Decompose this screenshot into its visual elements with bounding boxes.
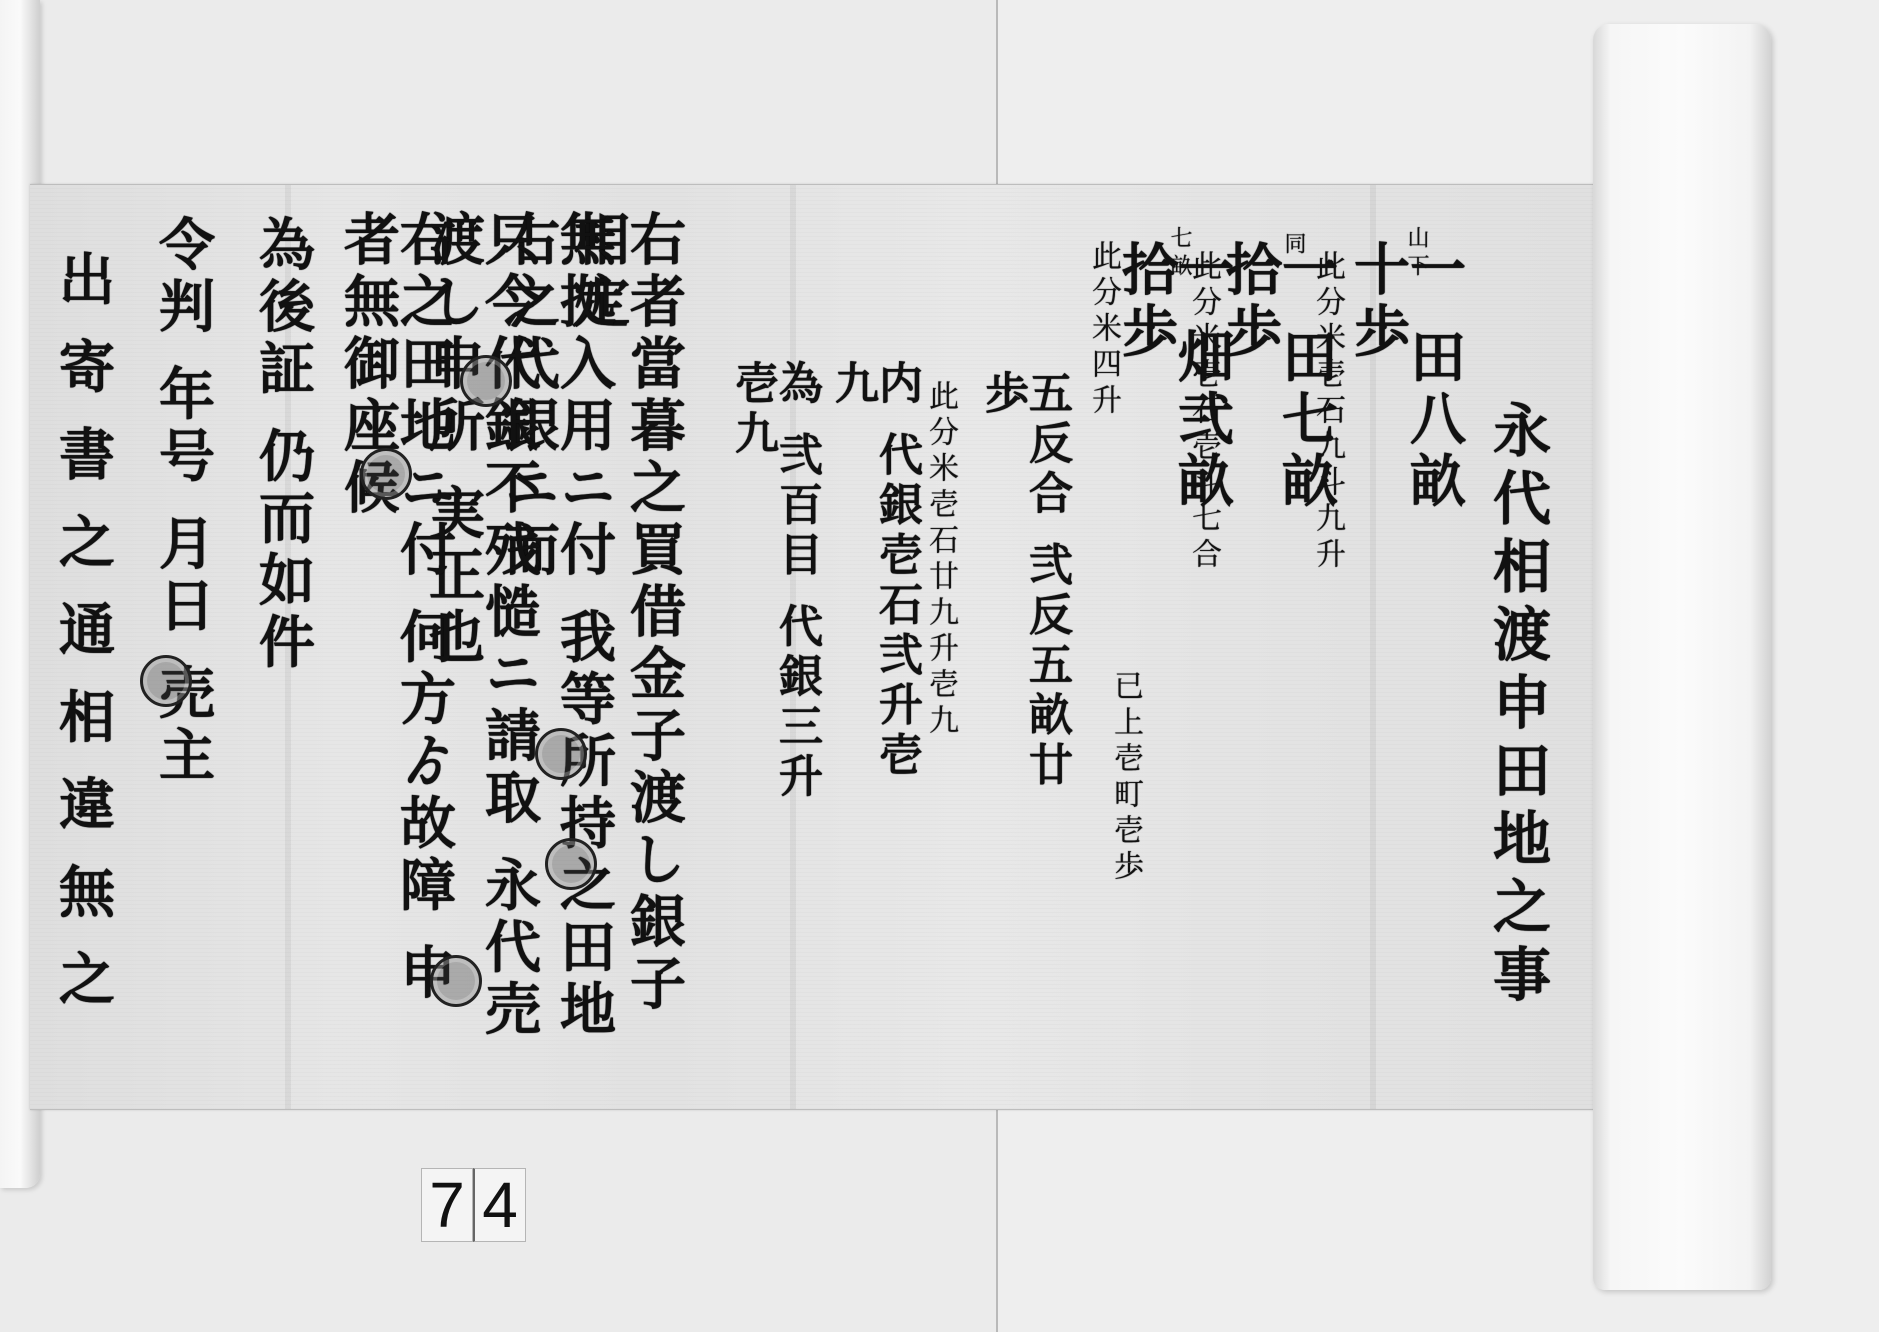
seal-stamp (545, 838, 597, 890)
frame-number-digit: 7 (421, 1168, 473, 1242)
deduction-line: 内 代銀壱石弐升壱九 (830, 360, 918, 820)
document-title: 永代相渡申田地之事 (1488, 400, 1546, 1040)
body-line-5: 為後証 仍而如件 (255, 215, 311, 1045)
frame-number-tag: 7 4 (421, 1168, 526, 1242)
body-line-6: 令判 年号 月日 売主 (155, 215, 211, 1045)
frame-number-digit: 4 (473, 1168, 526, 1242)
seal-stamp (430, 955, 482, 1007)
seal-stamp (460, 355, 512, 407)
seal-stamp (535, 728, 587, 780)
item3-sub: 此分米四升 (1088, 240, 1118, 560)
seal-stamp (360, 448, 412, 500)
body-line-4: 右之田地ニ付 何方ゟ故障 申者無御座候 (340, 210, 452, 1050)
body-line-7: 出 寄 書 之 通 相 違 無 之 (55, 250, 111, 1050)
item3-line: 一 畑弐畝拾歩 (1118, 240, 1230, 520)
total-sub: 此分米壱石廿九升壱九 (925, 380, 955, 820)
remainder-line: 為 弐百目 代銀三升壱九 (730, 360, 818, 820)
scroll-roll-right (1593, 24, 1771, 1290)
item2-line: 一 田七畝拾歩 (1222, 240, 1334, 570)
note-line: 已上壱町壱歩 (1110, 670, 1140, 990)
total-line: 五反合 弐反五畝廿歩 (980, 370, 1068, 810)
seal-stamp (140, 655, 192, 707)
item1-line: 一 田八畝十歩 (1350, 240, 1462, 570)
